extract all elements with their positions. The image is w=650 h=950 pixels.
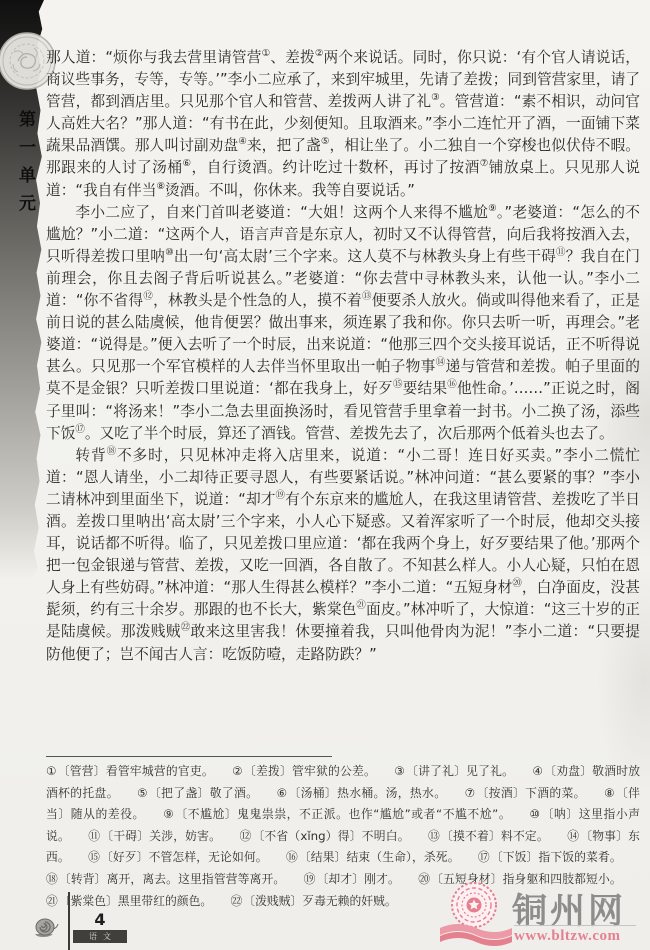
- footnote-marker: ⑭: [567, 829, 579, 843]
- footnote-item: ⑫〔不省（xǐng）得〕不明白。: [239, 829, 409, 843]
- footnote-ref: ⑬: [362, 291, 372, 302]
- footnote-ref: ④: [238, 136, 247, 147]
- footnote-ref: ⑳: [512, 578, 522, 589]
- footnote-ref: ⑫: [143, 291, 153, 302]
- footnote-item: ⑥〔汤桶〕热水桶。汤，热水。: [277, 786, 447, 800]
- textbook-page: { "page": { "unit_label": "第一单元", "page_…: [0, 0, 650, 950]
- footnote-marker: ⑰: [478, 850, 490, 864]
- footnote-item: ②〔差拨〕管牢狱的公差。: [232, 764, 376, 778]
- footnote-ref: ⑧: [156, 181, 165, 192]
- footnote-ref: ⑮: [393, 380, 403, 391]
- footnote-marker: ⑩: [529, 807, 540, 821]
- footnote-marker: ㉑: [46, 894, 58, 908]
- footnote-ref: ⑪: [556, 247, 566, 258]
- footnote-ref: ⑯: [447, 380, 457, 391]
- footnote-ref: ①: [262, 48, 271, 59]
- footnote-marker: ⑱: [46, 872, 58, 886]
- footnote-ref: ⑰: [75, 424, 85, 435]
- footer-divider: [68, 892, 70, 950]
- lesson-body-text: 那人道：“烦你与我去营里请管营①、差拨②两个来说话。同时，你只说：‘有个官人请说…: [46, 47, 640, 666]
- footnote-marker: ⑲: [304, 872, 316, 886]
- footnote-marker: ⑥: [277, 786, 288, 800]
- snail-icon: [33, 916, 59, 938]
- footnote-item: ⑦〔按酒〕下酒的菜。: [465, 786, 586, 800]
- footnote-item: ⑪〔干碍〕关涉，妨害。: [88, 829, 221, 843]
- watermark-ribbon-icon: [440, 920, 512, 946]
- footnote-ref: ⑩: [165, 247, 174, 258]
- footnote-item: ③〔讲了礼〕见了礼。: [394, 764, 514, 778]
- footnote-ref: ⑱: [107, 446, 117, 457]
- subject-label: 语文: [73, 930, 127, 943]
- footnote-item: ⑬〔摸不着〕料不定。: [428, 829, 549, 843]
- footnote-item: ㉒〔泼贱贼〕歹毒无赖的奸贼。: [230, 894, 396, 908]
- footnote-item: ⑰〔下饭〕指下饭的菜肴。: [478, 850, 622, 864]
- footnote-item: ⑨〔不尴尬〕鬼鬼祟祟，不正派。也作“尴尬”或者“不尴不尬”。: [163, 807, 511, 821]
- footnote-marker: ⑪: [88, 829, 100, 843]
- footnote-ref: ㉑: [356, 600, 366, 611]
- footnote-ref: ②: [315, 48, 324, 59]
- footnote-marker: ⑳: [418, 872, 430, 886]
- footnote-ref: ⑲: [276, 490, 286, 501]
- footnote-marker: ⑫: [239, 829, 251, 843]
- unit-label: 第一单元: [13, 110, 38, 240]
- footnote-ref: ⑨: [488, 203, 497, 214]
- footnote-ref: ⑦: [480, 159, 489, 170]
- footnote-marker: ㉒: [230, 894, 242, 908]
- body-paragraph: 转背⑱不多时，只见林冲走将入店里来，说道：“小二哥！连日好买卖。”李小二慌忙道：…: [46, 445, 640, 666]
- footnote-item: ⑯〔结果〕结束（生命），杀死。: [286, 850, 460, 864]
- footnote-ref: ③: [431, 92, 440, 103]
- footnote-marker: ⑤: [137, 786, 148, 800]
- footnote-divider: [46, 756, 332, 757]
- footnote-marker: ⑮: [88, 850, 100, 864]
- body-paragraph: 那人道：“烦你与我去营里请管营①、差拨②两个来说话。同时，你只说：‘有个官人请说…: [46, 47, 640, 202]
- footnote-marker: ⑨: [163, 807, 174, 821]
- footnote-item: ⑱〔转背〕离开，离去。这里指管营等离开。: [46, 872, 285, 886]
- page-number: 4: [74, 910, 126, 929]
- footnote-item: ⑤〔把了盏〕敬了酒。: [137, 786, 258, 800]
- watermark-site-url: www.bltzw.com: [514, 925, 636, 945]
- body-paragraph: 李小二应了，自来门首叫老婆道：“大姐！这两个人来得不尴尬⑨。”老婆道：“怎么的不…: [46, 202, 640, 445]
- footnote-item: ⑮〔好歹〕不管怎样，无论如何。: [88, 850, 268, 864]
- footnote-marker: ⑯: [286, 850, 298, 864]
- footnote-marker: ②: [232, 764, 243, 778]
- footnote-marker: ⑦: [465, 786, 476, 800]
- footnote-marker: ⑧: [604, 786, 615, 800]
- footnote-marker: ④: [532, 764, 543, 778]
- footnote-ref: ⑤: [321, 136, 330, 147]
- footnote-item: ⑲〔却才〕刚才。: [304, 872, 400, 886]
- footnote-marker: ③: [394, 764, 405, 778]
- footnote-ref: ⑥: [183, 159, 192, 170]
- footnote-ref: ㉒: [181, 623, 191, 634]
- footnote-item: ㉑〔紫棠色〕黑里带红的颜色。: [46, 894, 212, 908]
- footnote-marker: ⑬: [428, 829, 440, 843]
- footnote-item: ①〔管营〕看管牢城营的官吏。: [46, 764, 214, 778]
- footnote-marker: ①: [46, 764, 57, 778]
- footnote-ref: ⑭: [436, 357, 446, 368]
